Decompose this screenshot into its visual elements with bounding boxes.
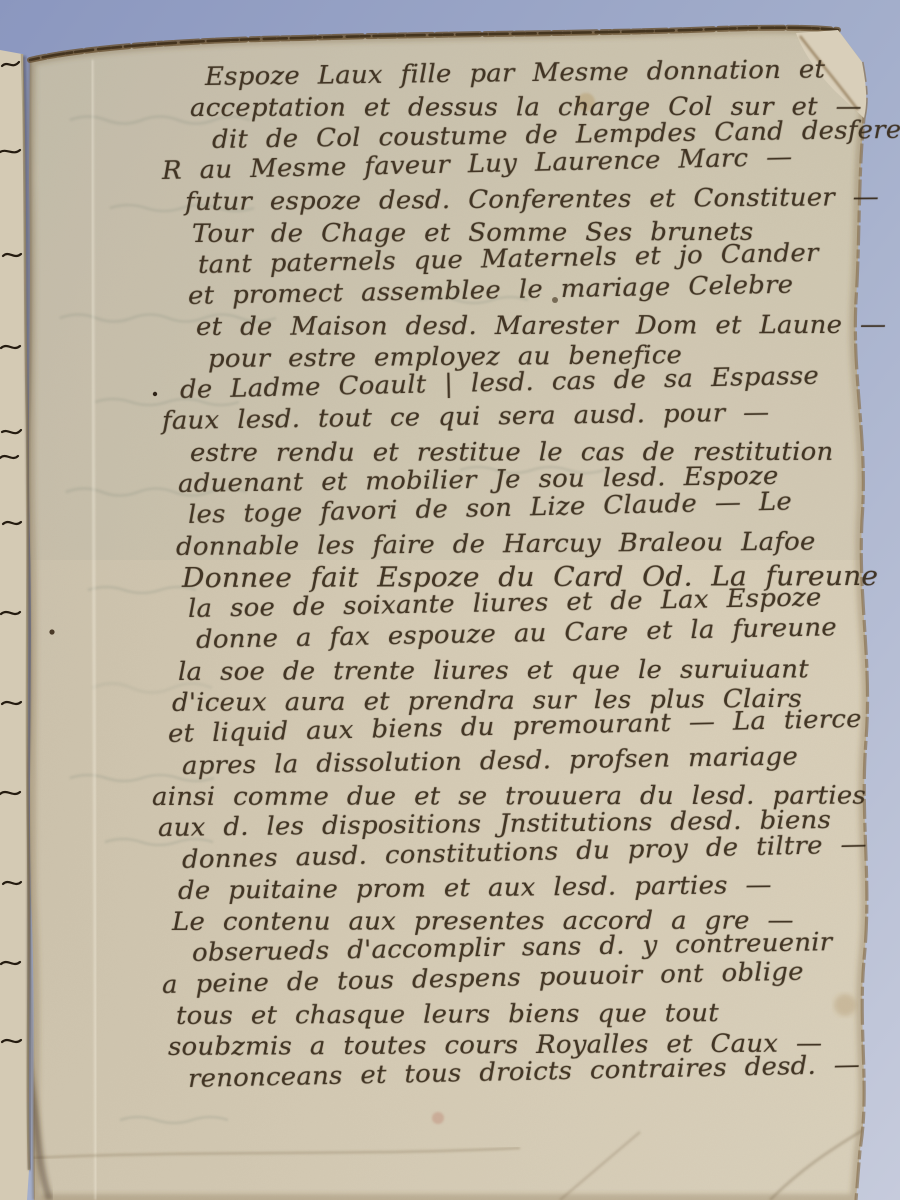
manuscript-page	[0, 0, 900, 1200]
underlying-page-edge	[0, 50, 30, 1200]
manuscript-photo-canvas	[0, 0, 900, 1200]
photo-of-manuscript: Espoze Laux fille par Mesme donnation et…	[0, 0, 900, 1200]
